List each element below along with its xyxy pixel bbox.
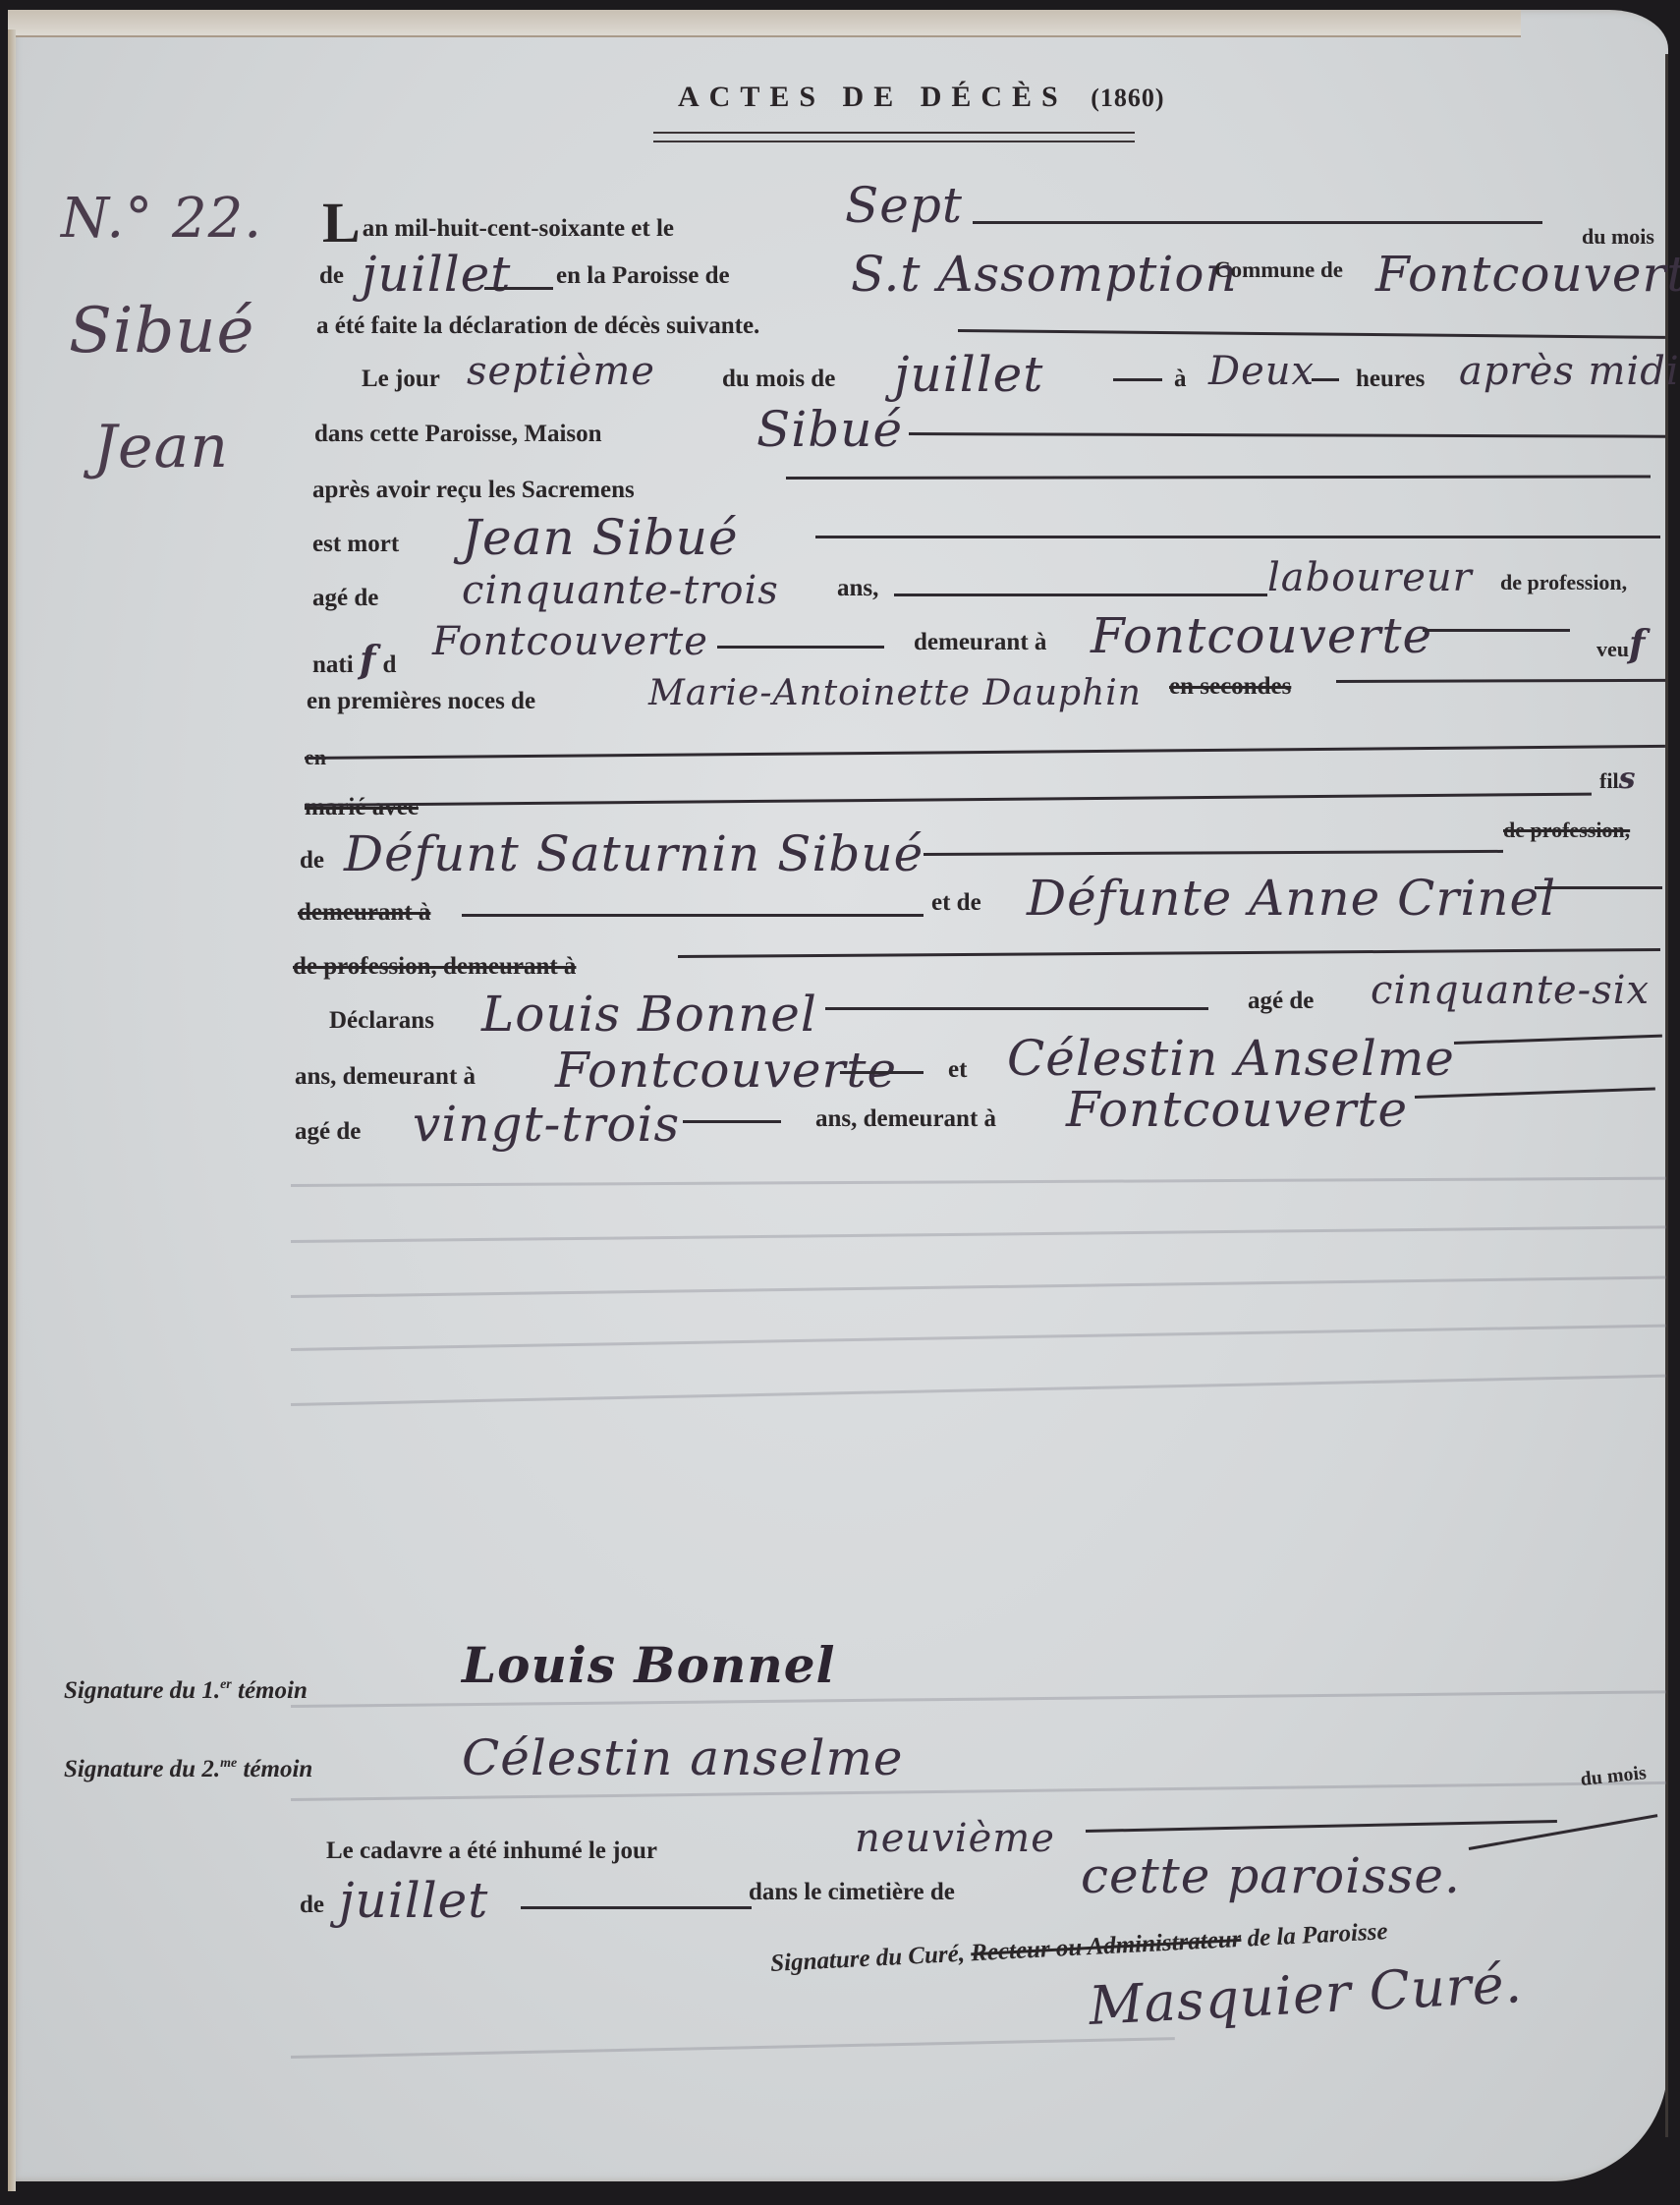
number-value: 22. bbox=[172, 187, 262, 251]
line-1-printed: Lan mil-huit-cent-soixante et le bbox=[322, 195, 674, 252]
fill-line bbox=[717, 646, 884, 649]
margin-surname: Sibué bbox=[69, 295, 254, 367]
hw-spouse-name: Marie-Antoinette Dauphin bbox=[648, 673, 1142, 713]
hw-declarant-2: Célestin Anselme bbox=[1007, 1030, 1455, 1087]
witness-2-signature: Célestin anselme bbox=[462, 1729, 904, 1786]
premieres-noces-label: en premières noces de bbox=[307, 688, 535, 715]
fill-line bbox=[521, 1906, 752, 1909]
binding-edge bbox=[8, 29, 16, 2191]
de-label: de bbox=[300, 847, 324, 875]
fils-label-group: fils bbox=[1599, 762, 1636, 796]
fill-line bbox=[840, 1071, 924, 1074]
title-double-rule bbox=[653, 132, 1135, 142]
maison-label: dans cette Paroisse, Maison bbox=[314, 421, 602, 448]
title-text: ACTES DE DÉCÈS bbox=[678, 81, 1068, 113]
hw-commune: Fontcouverte bbox=[1375, 246, 1680, 303]
paroisse-label: en la Paroisse de bbox=[556, 262, 730, 290]
sacremens-label: après avoir reçu les Sacremens bbox=[312, 477, 635, 504]
page-title: ACTES DE DÉCÈS (1860) bbox=[678, 81, 1165, 114]
hw-declarant-1-residence: Fontcouverte bbox=[555, 1042, 897, 1099]
cimetiere-label: dans le cimetière de bbox=[749, 1879, 955, 1906]
hw-declaration-month: juillet bbox=[362, 246, 511, 303]
witness-1-label: Signature du 1.er témoin bbox=[64, 1677, 308, 1705]
struck-demeurant-a: demeurant à bbox=[298, 899, 430, 927]
fill-line bbox=[1113, 378, 1162, 381]
witness-2-label: Signature du 2.me témoin bbox=[64, 1756, 312, 1783]
de-profession-label: de profession, bbox=[1500, 570, 1627, 595]
fill-line bbox=[1423, 629, 1570, 632]
le-jour-label: Le jour bbox=[362, 366, 440, 393]
inhume-label: Le cadavre a été inhumé le jour bbox=[326, 1837, 657, 1865]
fill-line bbox=[1312, 378, 1339, 381]
nati-label: nati bbox=[312, 651, 354, 678]
commune-label: Commune de bbox=[1214, 257, 1343, 283]
ans-label: ans, bbox=[837, 575, 878, 602]
hw-father-name: Défunt Saturnin Sibué bbox=[344, 825, 924, 882]
hw-deceased-name: Jean Sibué bbox=[462, 509, 739, 566]
hw-cemetery: cette paroisse. bbox=[1081, 1847, 1461, 1904]
hw-deceased-age: cinquante-trois bbox=[462, 568, 779, 613]
title-year: (1860) bbox=[1091, 84, 1164, 112]
line-1-text: an mil-huit-cent-soixante et le bbox=[363, 215, 674, 242]
witness-1-sup: er bbox=[220, 1677, 232, 1692]
drop-cap: L bbox=[322, 191, 361, 254]
du-mois-de-label: du mois de bbox=[722, 366, 835, 393]
hw-burial-month: juillet bbox=[339, 1872, 488, 1929]
de-label: de bbox=[319, 262, 344, 290]
fill-line bbox=[462, 914, 924, 917]
hw-residence: Fontcouverte bbox=[1091, 607, 1432, 664]
hw-veuf-suffix: f bbox=[1629, 621, 1646, 665]
struck-en-secondes: en secondes bbox=[1169, 673, 1291, 701]
hw-declaration-day: Sept bbox=[845, 177, 963, 234]
fill-line bbox=[1535, 886, 1662, 889]
hw-declarant-1: Louis Bonnel bbox=[481, 986, 817, 1043]
fill-line bbox=[973, 221, 1542, 224]
act-number: N.° 22. bbox=[61, 187, 262, 251]
demeurant-label: demeurant à bbox=[914, 629, 1046, 656]
hw-maison: Sibué bbox=[756, 401, 903, 458]
heures-label: heures bbox=[1356, 366, 1425, 393]
hw-declarant-2-age: vingt-trois bbox=[413, 1096, 680, 1153]
age-label: agé de bbox=[295, 1118, 361, 1146]
fill-line bbox=[894, 594, 1267, 596]
declarans-label: Déclarans bbox=[329, 1007, 434, 1035]
hw-death-hour: Deux bbox=[1208, 349, 1315, 394]
margin-given-name: Jean bbox=[93, 413, 229, 481]
est-mort-label: est mort bbox=[312, 531, 399, 558]
hw-paroisse: S.t Assomption bbox=[851, 246, 1238, 303]
age-label: agé de bbox=[1248, 988, 1314, 1015]
d-label: d bbox=[383, 651, 397, 678]
witness-1-suffix: témoin bbox=[238, 1677, 308, 1704]
fill-line bbox=[825, 1007, 1208, 1010]
number-prefix: N.° bbox=[61, 187, 153, 251]
age-label: agé de bbox=[312, 585, 378, 612]
struck-de-profession: de profession, bbox=[1503, 818, 1630, 843]
fil-label: fil bbox=[1599, 768, 1619, 793]
hw-birthplace: Fontcouverte bbox=[432, 619, 708, 664]
et-label: et bbox=[948, 1056, 967, 1084]
hw-declarant-1-age: cinquante-six bbox=[1371, 968, 1650, 1013]
hw-death-time-of-day: après midi bbox=[1459, 349, 1680, 394]
witness-2-text: Signature du 2. bbox=[64, 1756, 220, 1782]
hw-declarant-2-residence: Fontcouverte bbox=[1066, 1081, 1408, 1138]
hw-mother-name: Défunte Anne Crinel bbox=[1027, 870, 1556, 927]
hw-burial-day: neuvième bbox=[855, 1816, 1055, 1861]
hw-death-month: juillet bbox=[894, 346, 1043, 403]
struck-profession-demeurant: de profession, demeurant à bbox=[293, 953, 576, 981]
fill-line bbox=[484, 287, 553, 290]
hw-profession: laboureur bbox=[1267, 555, 1473, 600]
a-label: à bbox=[1174, 366, 1187, 393]
fill-line bbox=[683, 1120, 781, 1123]
de-label: de bbox=[300, 1892, 324, 1919]
veuf-label-group: veuf bbox=[1596, 621, 1646, 665]
line-3-text: a été faite la déclaration de décès suiv… bbox=[316, 312, 759, 340]
page-top-edge bbox=[8, 10, 1521, 37]
hw-nati-suffix: f bbox=[360, 637, 376, 681]
veu-label: veu bbox=[1596, 637, 1629, 661]
et-de-label: et de bbox=[931, 889, 981, 917]
fill-line bbox=[815, 536, 1660, 538]
ans-demeurant-label: ans, demeurant à bbox=[295, 1063, 476, 1091]
witness-1-text: Signature du 1. bbox=[64, 1677, 220, 1704]
hw-death-day: septième bbox=[467, 349, 655, 394]
nati-label-group: nati f d bbox=[312, 637, 396, 681]
hw-fils-suffix: s bbox=[1619, 762, 1637, 796]
witness-1-signature: Louis Bonnel bbox=[462, 1636, 836, 1694]
struck-marie-avec: marié avec bbox=[305, 794, 419, 821]
ans-demeurant-label: ans, demeurant à bbox=[815, 1105, 996, 1133]
witness-2-sup: me bbox=[220, 1756, 237, 1771]
witness-2-suffix: témoin bbox=[243, 1756, 312, 1782]
